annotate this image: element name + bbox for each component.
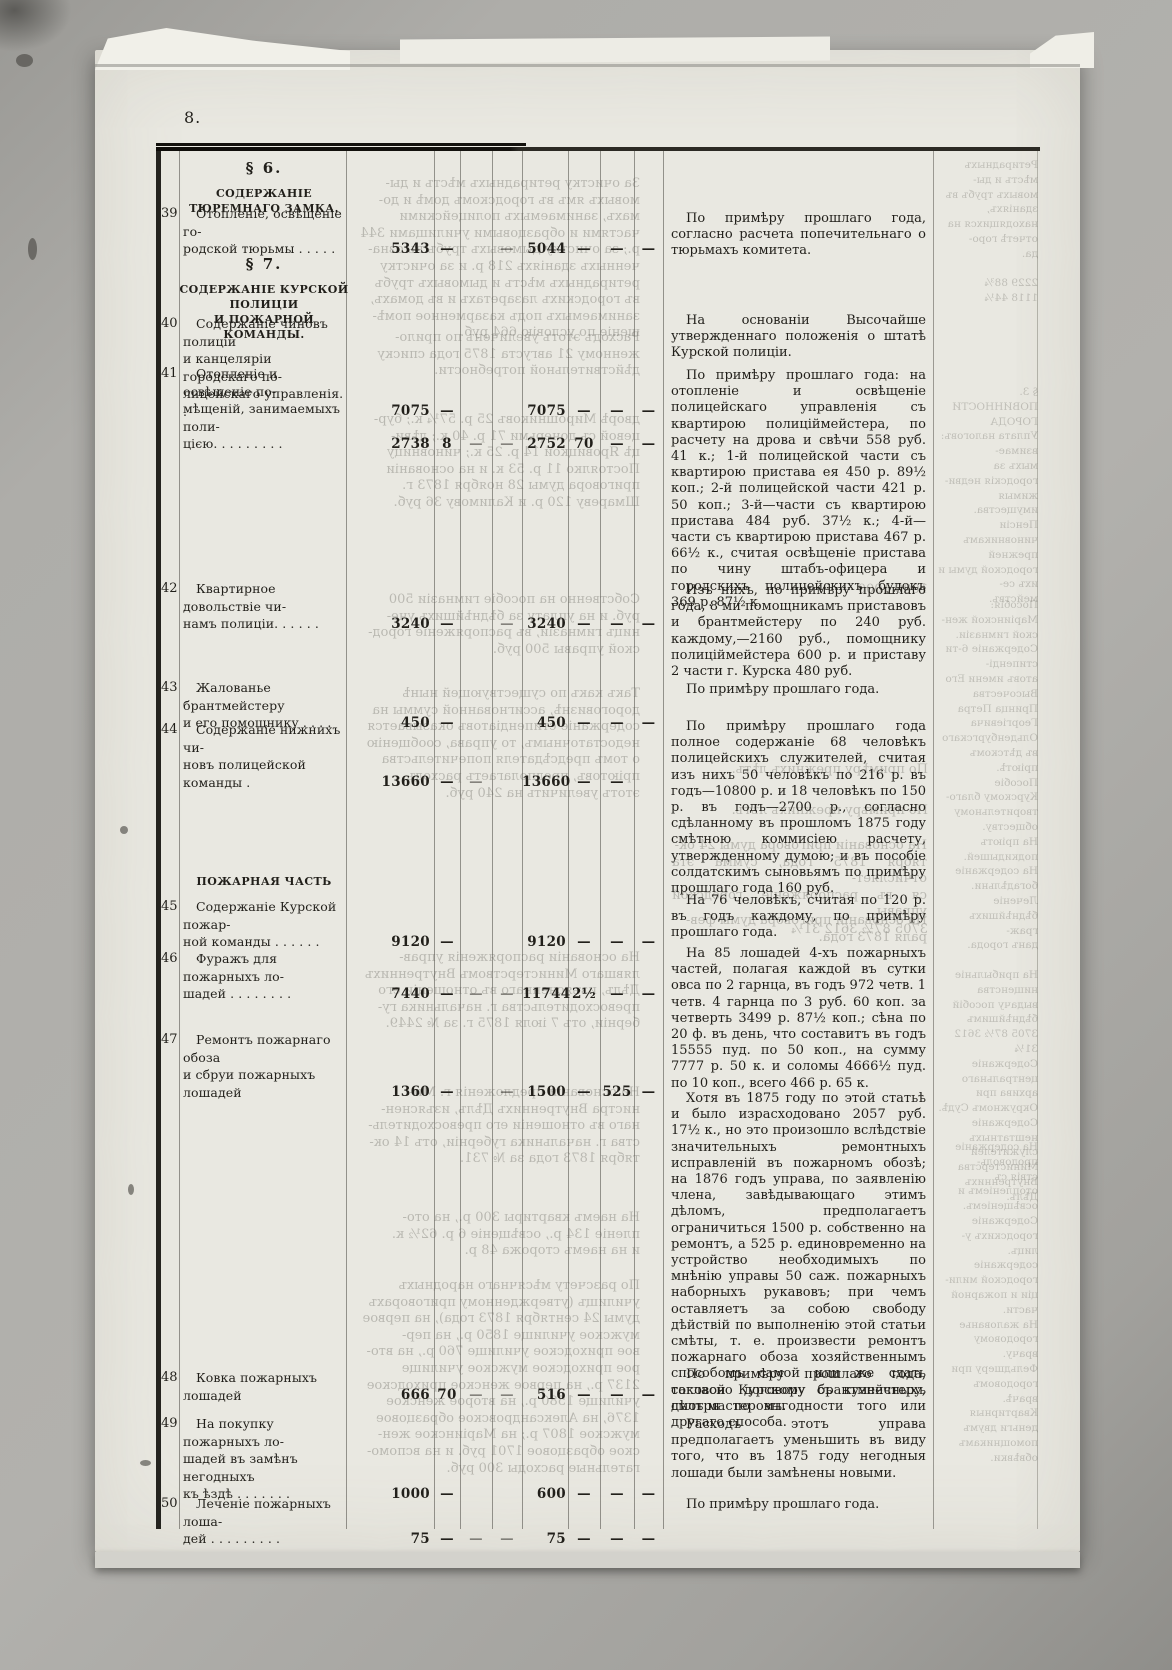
section-paragraph: § 6. <box>179 159 349 177</box>
ink-speck <box>28 238 37 260</box>
amount-1875-kop: — <box>434 1531 460 1548</box>
expense-description: Ремонтъ пожарнаго обоза и сбруи пожарных… <box>179 1031 346 1101</box>
ink-speck <box>128 1184 134 1195</box>
show-through-text: На наемъ квартиры 300 р., на ото- пленіе… <box>348 1210 640 1260</box>
amount-1876-rub: 5044 <box>522 241 568 258</box>
expense-description: Содержаніе нижнихъ чи- новъ полицейской … <box>179 721 346 791</box>
amount-extra-kop: — <box>634 1531 663 1548</box>
row-number: 42 <box>160 580 179 597</box>
column-rule <box>663 151 664 1529</box>
amount-1875-rub: 3240 <box>346 616 434 633</box>
amount-1875-kop: 70 <box>434 1387 460 1404</box>
part-header-fire: ПОЖАРНАЯ ЧАСТЬ <box>179 874 349 889</box>
amount-1875-kop: 8 <box>434 436 460 453</box>
amount-1876-kop: 2½ <box>568 986 600 1003</box>
torn-edge <box>400 36 830 63</box>
explanation-text: По примѣру прошлаго года: на отопленіе и… <box>671 368 926 611</box>
amount-1876-rub: 2752 <box>522 436 568 453</box>
amount-mid-rub: — <box>460 1387 492 1404</box>
amount-1876-rub: 11744 <box>522 986 568 1003</box>
amount-1876-kop: — <box>568 1387 600 1404</box>
amount-1876-kop: — <box>568 1084 600 1101</box>
table-row: 45 Содержаніе Курской пожар- ной команды… <box>160 898 663 951</box>
table-row: 46 Фуражъ для пожарныхъ ло- шадей . . . … <box>160 950 663 1003</box>
row-number: 46 <box>160 950 179 967</box>
table-row: 42 Квартирное довольствіе чи- намъ полиц… <box>160 580 663 633</box>
column-rule <box>933 151 934 1529</box>
amount-1875-rub: 7440 <box>346 986 434 1003</box>
amount-mid-rub: — <box>460 1531 492 1548</box>
page-number: 8. <box>184 108 201 127</box>
show-through-text: Ретирадныхъ мѣстъ и ды- мовыхъ трубъ въ … <box>938 158 1038 306</box>
row-number: 50 <box>160 1495 179 1512</box>
amount-extra-kop: — <box>634 1084 663 1101</box>
amount-1876-rub: 516 <box>522 1387 568 1404</box>
amount-1876-rub: 9120 <box>522 934 568 951</box>
section-title: ПОЖАРНАЯ ЧАСТЬ <box>179 874 349 889</box>
explanation-text: По примѣру прошлаго года, согласно догов… <box>671 1367 926 1416</box>
amount-extra-kop: — <box>634 934 663 951</box>
amount-1875-rub: 75 <box>346 1531 434 1548</box>
show-through-text: § 3. ПОВИННОСТИ ГОРОДА Уплата налоговъ: … <box>938 385 1038 607</box>
amount-1875-rub: 2738 <box>346 436 434 453</box>
explanation-text: По примѣру прошлаго года, согласно расче… <box>671 211 926 260</box>
amount-extra-kop: — <box>634 1387 663 1404</box>
ink-speck <box>16 54 33 67</box>
amount-mid-rub: — <box>460 436 492 453</box>
row-number: 40 <box>160 315 179 332</box>
expense-description: На покупку пожарныхъ ло- шадей въ замѣнъ… <box>179 1415 346 1503</box>
amount-1876-kop: 70 <box>568 436 600 453</box>
explanation-text: На основаніи Высочайше утвержденнаго пол… <box>671 313 926 362</box>
explanation-text: Изъ нихъ, по примѣру прошлаго года, 8 ми… <box>671 583 926 680</box>
amount-mid-kop: — <box>492 1084 522 1101</box>
amount-1875-rub: 9120 <box>346 934 434 951</box>
row-number: 39 <box>160 205 179 222</box>
scanned-document-page: 8. За очистку ретирадныхъ мѣстъ и ды- мо… <box>0 0 1172 1670</box>
amount-1875-rub: 666 <box>346 1387 434 1404</box>
expense-description: Отопленіе и освѣщеніе по- мѣщеній, заним… <box>179 365 346 453</box>
amount-1875-kop: — <box>434 986 460 1003</box>
amount-1875-rub: 13660 <box>346 774 434 791</box>
amount-1876-rub: 1500 <box>522 1084 568 1101</box>
show-through-text: Пособія: Маріинской жен- ской гимназіи. … <box>938 598 1038 1205</box>
amount-extra-rub: — <box>600 1531 634 1548</box>
explanation-text: Расходъ этотъ управа предполагаетъ умень… <box>671 1417 926 1482</box>
row-number: 43 <box>160 679 179 696</box>
explanation-text: По примѣру прошлаго года. <box>671 682 926 698</box>
torn-edge <box>1030 32 1094 68</box>
amount-extra-rub: — <box>600 986 634 1003</box>
table-row: 50 Леченіе пожарныхъ лоша- дей . . . . .… <box>160 1495 663 1548</box>
amount-1876-rub: 13660 <box>522 774 568 791</box>
section-paragraph: § 7. <box>179 255 349 273</box>
amount-1875-rub: 1360 <box>346 1084 434 1101</box>
amount-1875-rub: 5343 <box>346 241 434 258</box>
table-row: 47 Ремонтъ пожарнаго обоза и сбруи пожар… <box>160 1031 663 1101</box>
amount-1876-kop: — <box>568 774 600 791</box>
amount-mid-rub: — <box>460 774 492 791</box>
amount-mid-kop: — <box>492 616 522 633</box>
table-row: 41 Отопленіе и освѣщеніе по- мѣщеній, за… <box>160 365 663 453</box>
explanation-text: На 85 лошадей 4-хъ пожарныхъ частей, пол… <box>671 946 926 1092</box>
amount-1876-kop: — <box>568 241 600 258</box>
amount-1875-kop: — <box>434 241 460 258</box>
amount-extra-rub: — <box>600 436 634 453</box>
paper-fold-line <box>95 64 1080 67</box>
show-through-text: На содержаніе продоволь- ствія съ отопле… <box>938 1140 1038 1466</box>
paper-bottom-edge <box>95 1552 1080 1568</box>
table-row: 48 Ковка пожарныхъ лошадей 666 70 — — 51… <box>160 1369 663 1404</box>
amount-mid-kop: — <box>492 1531 522 1548</box>
amount-extra-rub: — <box>600 616 634 633</box>
amount-mid-kop: — <box>492 241 522 258</box>
explanation-text: На 76 человѣкъ, считая по 120 р. въ годъ… <box>671 893 926 942</box>
amount-mid-kop: — <box>492 1387 522 1404</box>
expense-description: Содержаніе Курской пожар- ной команды . … <box>179 898 346 951</box>
row-number: 49 <box>160 1415 179 1432</box>
amount-extra-kop: — <box>634 616 663 633</box>
amount-extra-kop: — <box>634 986 663 1003</box>
ink-speck <box>140 1460 151 1466</box>
row-number: 45 <box>160 898 179 915</box>
table-row: 49 На покупку пожарныхъ ло- шадей въ зам… <box>160 1415 663 1503</box>
amount-extra-rub: — <box>600 1387 634 1404</box>
expense-description: Отопленіе, освѣщеніе го- родской тюрьмы … <box>179 205 346 258</box>
expense-description: Леченіе пожарныхъ лоша- дей . . . . . . … <box>179 1495 346 1548</box>
explanation-text: По примѣру прошлаго года. <box>671 1497 926 1513</box>
row-number: 44 <box>160 721 179 738</box>
row-number: 47 <box>160 1031 179 1048</box>
ink-speck <box>120 826 128 834</box>
expense-description: Квартирное довольствіе чи- намъ полиціи.… <box>179 580 346 633</box>
amount-1875-kop: — <box>434 934 460 951</box>
amount-extra-kop: — <box>634 241 663 258</box>
expense-description: Ковка пожарныхъ лошадей <box>179 1369 346 1404</box>
amount-extra-rub: 525 <box>600 1084 634 1101</box>
explanation-text: По примѣру прошлаго года полное содержан… <box>671 719 926 897</box>
table-row: 39 Отопленіе, освѣщеніе го- родской тюрь… <box>160 205 663 258</box>
amount-1876-rub: 75 <box>522 1531 568 1548</box>
amount-mid-kop: — <box>492 986 522 1003</box>
row-number: 41 <box>160 365 179 382</box>
amount-1875-kop: — <box>434 774 460 791</box>
amount-extra-rub: — <box>600 774 634 791</box>
expense-description: Фуражъ для пожарныхъ ло- шадей . . . . .… <box>179 950 346 1003</box>
amount-1875-kop: — <box>434 1084 460 1101</box>
amount-1876-kop: — <box>568 616 600 633</box>
amount-1876-kop: — <box>568 934 600 951</box>
row-number: 48 <box>160 1369 179 1386</box>
table-row: 44 Содержаніе нижнихъ чи- новъ полицейск… <box>160 721 663 791</box>
amount-extra-rub: — <box>600 934 634 951</box>
amount-mid-kop: — <box>492 436 522 453</box>
table-top-rule <box>156 147 1040 151</box>
amount-1876-kop: — <box>568 1531 600 1548</box>
amount-extra-kop: — <box>634 436 663 453</box>
scan-corner-shadow <box>0 0 72 52</box>
amount-1876-rub: 3240 <box>522 616 568 633</box>
amount-extra-rub: — <box>600 241 634 258</box>
amount-mid-rub: — <box>460 986 492 1003</box>
amount-1875-kop: — <box>434 616 460 633</box>
